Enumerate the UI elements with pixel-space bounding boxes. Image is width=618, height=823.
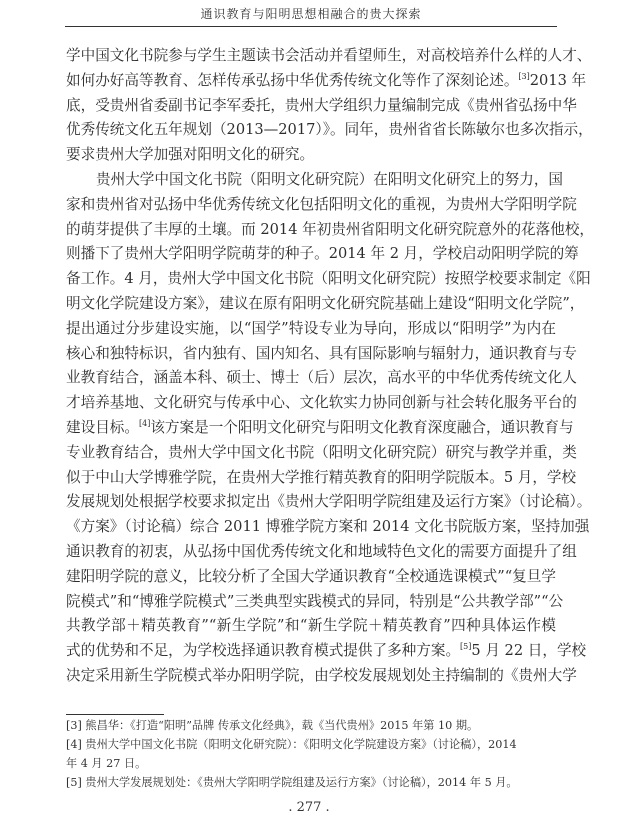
footnotes: [3] 熊昌华：《打造“阳明”品牌 传承文化经典》，载《当代贵州》2015 年第…: [66, 716, 560, 792]
page-number: . 277 .: [0, 800, 618, 815]
body-line: 学中国文化书院参与学生主题读书会活动并看望师生，对高校培养什么样的人才、: [66, 44, 556, 69]
body-line: 发展规划处根据学校要求拟定出《贵州大学阳明学院组建及运行方案》（讨论稿）。: [66, 490, 556, 515]
body-line: 底，受贵州省委副书记李军委托，贵州大学组织力量编制完成《贵州省弘扬中华: [66, 94, 556, 119]
body-line: 优秀传统文化五年规划（2013—2017）》。同年，贵州省省长陈敏尔也多次指示，: [66, 118, 556, 143]
body-line: 决定采用新生学院模式举办阳明学院，由学校发展规划处主持编制的《贵州大学: [66, 664, 556, 689]
body-line: 的萌芽提供了丰厚的土壤。而 2014 年初贵州省阳明文化研究院意外的花落他校，: [66, 218, 556, 243]
body-line: 式的优势和不足，为学校选择通识教育模式提供了多种方案。[5]5 月 22 日，学…: [66, 639, 556, 664]
body-line: 核心和独特标识，省内独有、国内知名、具有国际影响与辐射力，通识教育与专: [66, 342, 556, 367]
body-line: 《方案》（讨论稿）综合 2011 博雅学院方案和 2014 文化书院版方案，坚持…: [66, 515, 556, 540]
body-line: 建阳明学院的意义，比较分析了全国大学通识教育“全校通选课模式”“复旦学: [66, 565, 556, 590]
running-head-title: 通识教育与阳明思想相融合的贵大探索: [65, 6, 557, 22]
body-line: 通识教育的初衷，从弘扬中国优秀传统文化和地域特色文化的需要方面提升了组: [66, 540, 556, 565]
body-line: 专业教育结合，贵州大学中国文化书院（阳明文化研究院）研究与教学并重，类: [66, 441, 556, 466]
footnote-3: [3] 熊昌华：《打造“阳明”品牌 传承文化经典》，载《当代贵州》2015 年第…: [66, 716, 560, 735]
footnote-ref-3[interactable]: [3]: [518, 72, 529, 81]
body-line: 共教学部＋精英教育”“新生学院”和“新生学院＋精英教育”四种具体运作模: [66, 614, 556, 639]
body-line: 建设目标。[4]该方案是一个阳明文化研究与阳明文化教育深度融合，通识教育与: [66, 416, 556, 441]
body-line: 似于中山大学博雅学院，在贵州大学推行精英教育的阳明学院版本。5 月，学校: [66, 466, 556, 491]
footnote-ref-5[interactable]: [5]: [460, 642, 471, 651]
footnote-rule: [66, 714, 164, 715]
body-line: 提出通过分步建设实施，以“国学”特设专业为导向，形成以“阳明学”为内在: [66, 317, 556, 342]
footnote-4-continued: 年 4 月 27 日。: [66, 754, 560, 773]
body-line: 明文化学院建设方案》，建议在原有阳明文化研究院基础上建设“阳明文化学院”，: [66, 292, 556, 317]
body-text: 学中国文化书院参与学生主题读书会活动并看望师生，对高校培养什么样的人才、 如何办…: [66, 44, 556, 689]
header-rule: [65, 26, 557, 27]
footnote-4: [4] 贵州大学中国文化书院（阳明文化研究院）：《阳明文化学院建设方案》（讨论稿…: [66, 735, 560, 754]
body-line: 业教育结合，涵盖本科、硕士、博士（后）层次，高水平的中华优秀传统文化人: [66, 366, 556, 391]
body-line: 备工作。4 月，贵州大学中国文化书院（阳明文化研究院）按照学校要求制定《阳: [66, 267, 556, 292]
body-line: 才培养基地、文化研究与传承中心、文化软实力协同创新与社会转化服务平台的: [66, 391, 556, 416]
footnote-ref-4[interactable]: [4]: [139, 419, 150, 428]
body-line: 贵州大学中国文化书院（阳明文化研究院）在阳明文化研究上的努力，国: [66, 168, 556, 193]
body-line: 院模式”和“博雅学院模式”三类典型实践模式的异同，特别是“公共教学部”“公: [66, 590, 556, 615]
footnote-5: [5] 贵州大学发展规划处：《贵州大学阳明学院组建及运行方案》（讨论稿），201…: [66, 773, 560, 792]
body-line: 如何办好高等教育、怎样传承弘扬中华优秀传统文化等作了深刻论述。[3]2013 年: [66, 69, 556, 94]
body-line: 要求贵州大学加强对阳明文化的研究。: [66, 143, 556, 168]
body-line: 则播下了贵州大学阳明学院萌芽的种子。2014 年 2 月，学校启动阳明学院的筹: [66, 242, 556, 267]
body-line: 家和贵州省对弘扬中华优秀传统文化包括阳明文化的重视，为贵州大学阳明学院: [66, 193, 556, 218]
